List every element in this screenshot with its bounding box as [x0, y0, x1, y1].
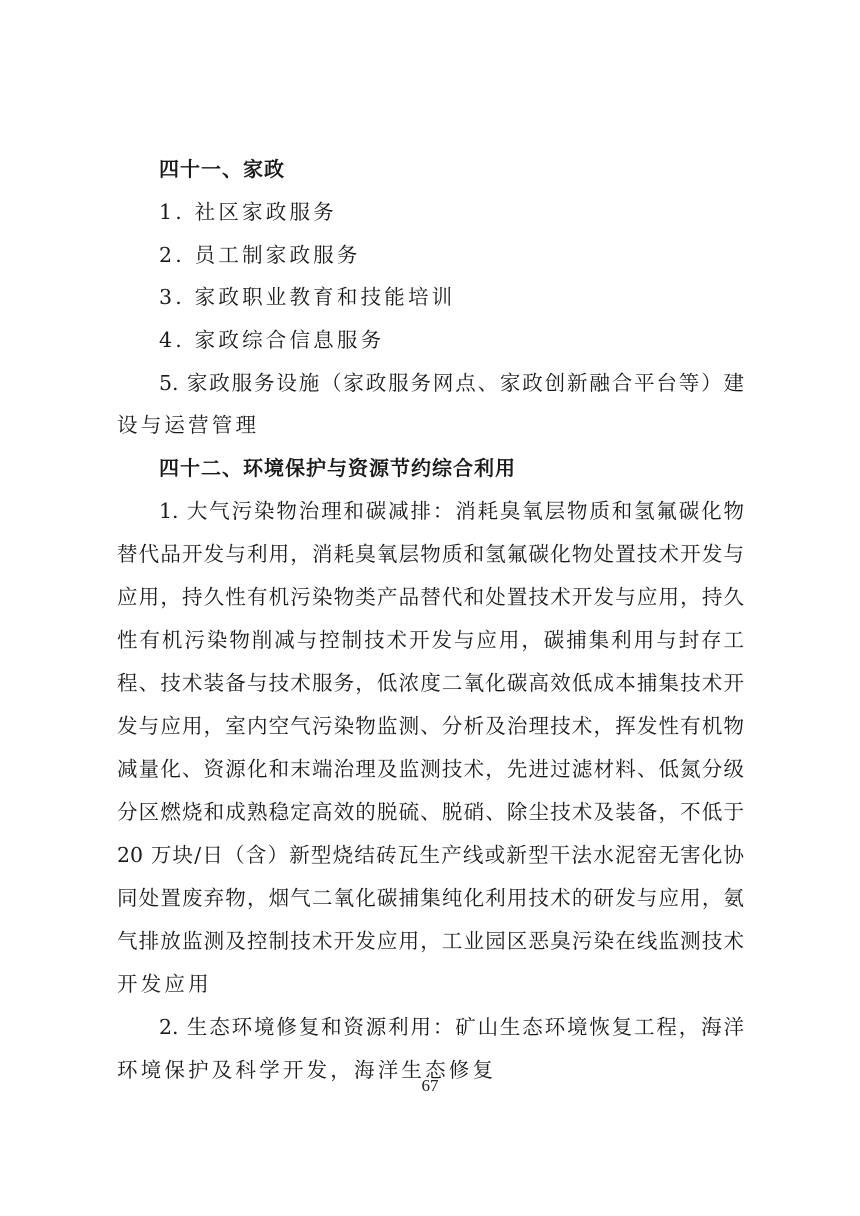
paragraph-line: 20 万块/日（含）新型烧结砖瓦生产线或新型干法水泥窑无害化协	[117, 834, 744, 876]
page-number: 67	[0, 1076, 860, 1096]
list-item: 3. 家政职业教育和技能培训	[159, 276, 455, 318]
paragraph-line: 减量化、资源化和末端治理及监测技术，先进过滤材料、低氮分级	[117, 748, 744, 790]
paragraph-line: 1. 大气污染物治理和碳减排：消耗臭氧层物质和氢氟碳化物	[159, 490, 744, 532]
paragraph-line: 气排放监测及控制技术开发应用，工业园区恶臭污染在线监测技术	[117, 920, 744, 962]
paragraph-line: 开发应用	[117, 963, 212, 1005]
section-42-heading: 四十二、环境保护与资源节约综合利用	[159, 447, 516, 489]
paragraph-line: 分区燃烧和成熟稳定高效的脱硫、脱硝、除尘技术及装备，不低于	[117, 791, 744, 833]
paragraph-line: 程、技术装备与技术服务，低浓度二氧化碳高效低成本捕集技术开	[117, 662, 744, 704]
paragraph-line: 性有机污染物削减与控制技术开发与应用，碳捕集利用与封存工	[117, 619, 744, 661]
list-item-continuation: 设与运营管理	[117, 404, 259, 446]
paragraph-line: 2. 生态环境修复和资源利用：矿山生态环境恢复工程，海洋	[159, 1006, 744, 1048]
list-item: 4. 家政综合信息服务	[159, 319, 384, 361]
list-item: 2. 员工制家政服务	[159, 234, 361, 276]
paragraph-line: 替代品开发与利用，消耗臭氧层物质和氢氟碳化物处置技术开发与	[117, 533, 744, 575]
paragraph-line: 应用，持久性有机污染物类产品替代和处置技术开发与应用，持久	[117, 576, 744, 618]
paragraph-line: 同处置废弃物，烟气二氧化碳捕集纯化利用技术的研发与应用，氨	[117, 877, 744, 919]
list-item: 5. 家政服务设施（家政服务网点、家政创新融合平台等）建	[159, 362, 744, 404]
list-item: 1. 社区家政服务	[159, 191, 337, 233]
paragraph-line: 发与应用，室内空气污染物监测、分析及治理技术，挥发性有机物	[117, 705, 744, 747]
section-41-heading: 四十一、家政	[159, 148, 285, 190]
